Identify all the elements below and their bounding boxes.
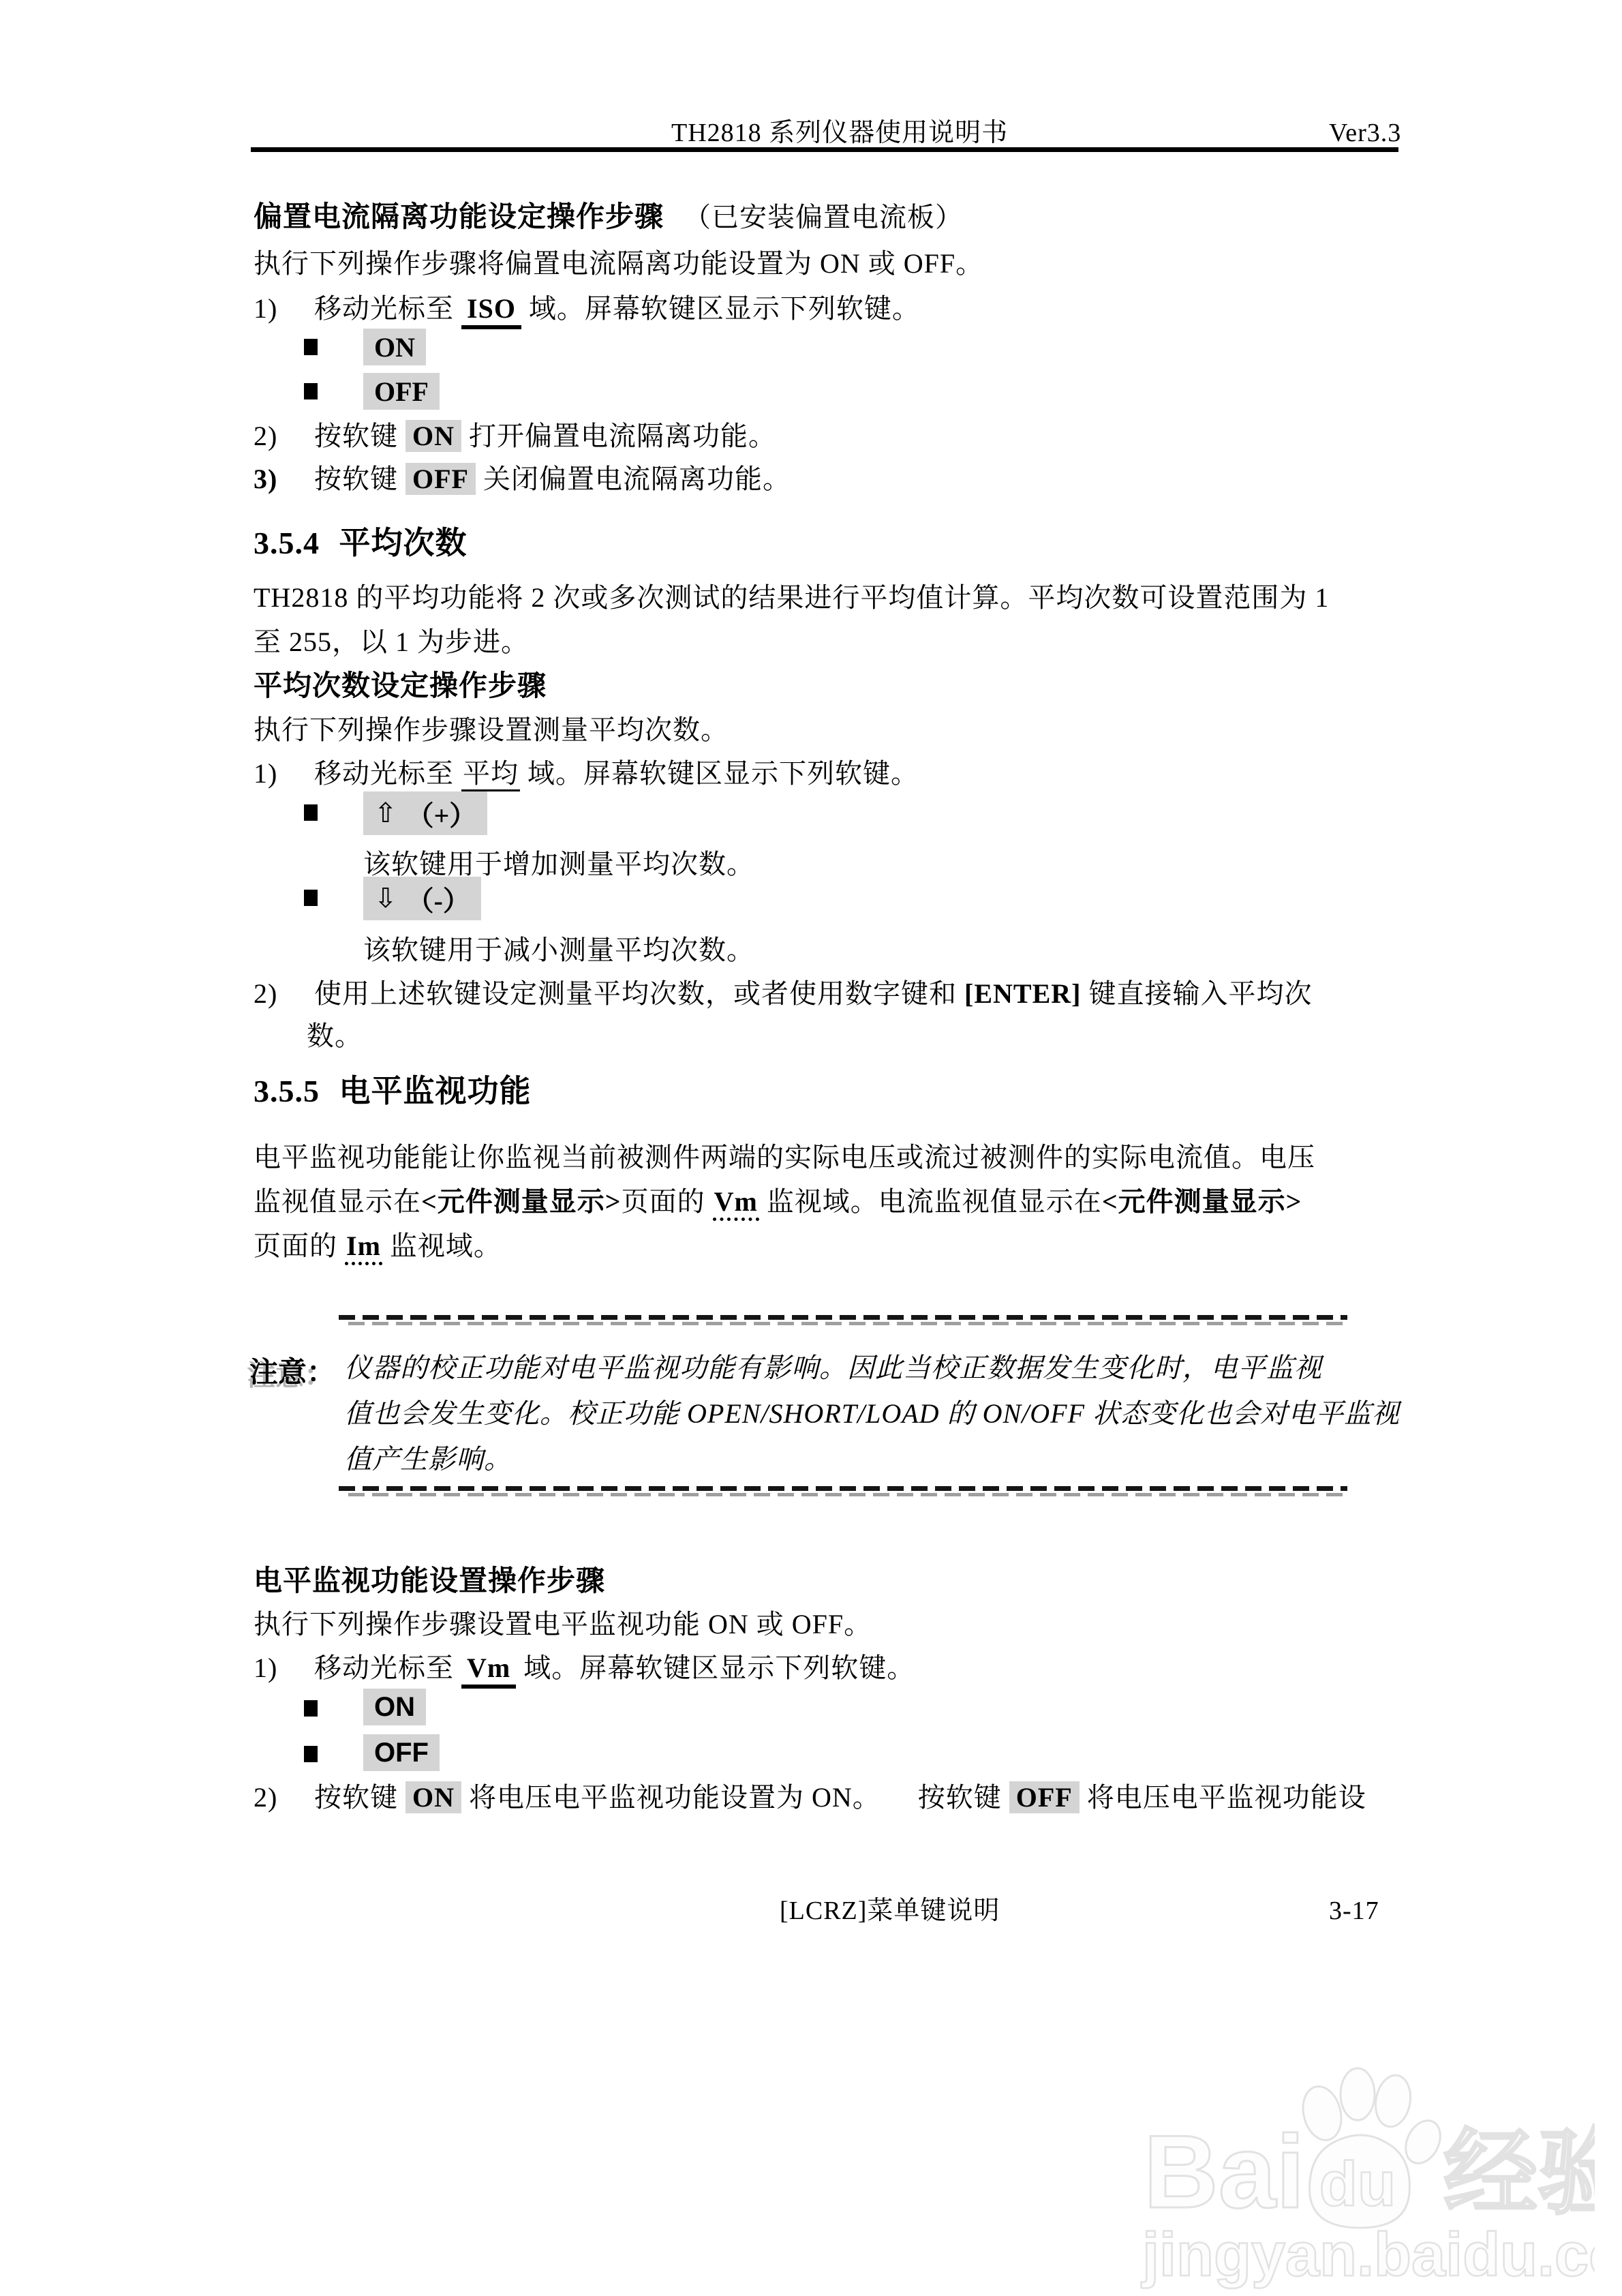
bias-step2: 2) 按软键 ON 打开偏置电流隔离功能。 [254,419,776,453]
step-text: 使用上述软键设定测量平均次数，或者使用数字键和 [314,978,957,1009]
header-rule [251,147,1398,152]
step-number: 1) [254,757,307,791]
average-field-label: 平均 [461,758,520,791]
level-intro: 执行下列操作步骤设置电平监视功能 ON 或 OFF。 [254,1607,872,1642]
avg-step1: 1) 移动光标至 平均 域。屏幕软键区显示下列软键。 [254,757,919,791]
level-step2: 2) 按软键 ON 将电压电平监视功能设置为 ON。 按软键 OFF 将电压电平… [254,1781,1366,1815]
bias-step1: 1) 移动光标至 ISO 域。屏幕软键区显示下列软键。 [254,292,920,326]
step-number: 3) [254,462,307,496]
softkey-decrease-label: （-） [407,879,470,918]
avg-paragraph-line1: TH2818 的平均功能将 2 次或多次测试的结果进行平均值计算。平均次数可设置… [254,581,1329,615]
up-arrow-icon: ⇧ [374,798,397,829]
softkey-off-inline: OFF [1009,1781,1080,1813]
avg-paragraph-line2: 至 255，以 1 为步进。 [254,625,529,659]
section-name: 平均次数 [339,526,468,560]
bullet-square-icon [304,804,318,821]
softkey-on-inline: ON [405,1781,461,1813]
softkey-on: ON [363,329,426,365]
avg-subheading: 平均次数设定操作步骤 [254,669,547,705]
footer-page-number: 3-17 [1329,1895,1379,1928]
bias-heading-text: 偏置电流隔离功能设定操作步骤 [254,202,664,233]
baidu-jingyan-watermark: Bai du 经验 jingyan.baidu.com [1118,2066,1595,2296]
step-text: 打开偏置电流隔离功能。 [469,421,776,451]
note-label: 注意： [249,1350,335,1391]
page-header-version: Ver3.3 [1329,117,1401,150]
step-text: 移动光标至 [314,293,461,324]
baidu-paw-icon: du [1298,2068,1447,2228]
bias-heading: 偏置电流隔离功能设定操作步骤 （已安装偏置电流板） [254,200,963,236]
bullet-square-icon [304,1700,318,1717]
watermark-jingyan-text: 经验 [1443,2121,1595,2226]
softkey-off: OFF [363,373,440,410]
note-divider-bottom [339,1486,1347,1497]
avg-step2: 2) 使用上述软键设定测量平均次数，或者使用数字键和 [ENTER] 键直接输入… [254,977,1312,1011]
step-number: 1) [254,292,307,326]
bias-intro: 执行下列操作步骤将偏置电流隔离功能设置为 ON 或 OFF。 [254,247,983,281]
softkey-off-inline: OFF [405,463,476,495]
down-arrow-icon: ⇩ [374,883,397,914]
enter-key-label: [ENTER] [964,978,1081,1009]
step-number: 2) [254,1781,307,1815]
section-name: 电平监视功能 [339,1074,532,1108]
softkey-decrease: ⇩ （-） [363,877,481,920]
watermark-bai-text: Bai [1144,2114,1305,2230]
watermark-url-text: jingyan.baidu.com [1141,2221,1595,2289]
page-name-ref: <元件测量显示> [1102,1186,1302,1217]
level-step1: 1) 移动光标至 Vm 域。屏幕软键区显示下列软键。 [254,1651,915,1685]
section-354-title: 3.5.4 平均次数 [254,524,468,563]
avg-intro: 执行下列操作步骤设置测量平均次数。 [254,713,729,747]
step-number: 2) [254,977,307,1011]
step-text: 域。屏幕软键区显示下列软键。 [529,293,920,324]
bullet-square-icon [304,383,318,399]
footer-chapter: [LCRZ]菜单键说明 [780,1895,1000,1928]
bullet-square-icon [304,339,318,355]
vm-field-ref: Vm [713,1186,759,1221]
softkey-on-inline: ON [405,420,461,452]
note-line1: 仪器的校正功能对电平监视功能有影响。因此当校正数据发生变化时，电平监视 [344,1351,1322,1385]
manual-page: TH2818 系列仪器使用说明书 Ver3.3 偏置电流隔离功能设定操作步骤 （… [0,0,1622,2296]
softkey-on: ON [363,1689,426,1725]
level-paragraph-line3: 页面的 Im 监视域。 [254,1229,502,1263]
step-text: 域。屏幕软键区显示下列软键。 [523,1652,915,1683]
avg-step2-cont: 数。 [307,1019,363,1053]
bias-heading-note: （已安装偏置电流板） [684,202,963,232]
level-paragraph-line2: 监视值显示在<元件测量显示>页面的 Vm 监视域。电流监视值显示在<元件测量显示… [254,1185,1302,1219]
step-number: 1) [254,1651,307,1685]
step-text: 域。屏幕软键区显示下列软键。 [527,758,919,789]
bias-step3: 3) 按软键 OFF 关闭偏置电流隔离功能。 [254,462,791,496]
note-divider-top [339,1315,1347,1326]
level-subheading: 电平监视功能设置操作步骤 [254,1564,605,1600]
step-number: 2) [254,419,307,453]
im-field-ref: Im [345,1230,382,1265]
step-text: 将电压电平监视功能设置为 ON。 [469,1782,881,1813]
vm-field-label: Vm [461,1652,516,1689]
watermark-graphic: Bai du 经验 jingyan.baidu.com [1118,2066,1595,2296]
section-number: 3.5.5 [254,1074,320,1108]
step-text: 键直接输入平均次 [1088,978,1312,1009]
level-paragraph-line1: 电平监视功能能让你监视当前被测件两端的实际电压或流过被测件的实际电流值。电压 [254,1141,1315,1175]
bullet-square-icon [304,1746,318,1762]
step-text: 按软键 [314,421,405,451]
step-text: 按软键 [314,464,405,494]
section-number: 3.5.4 [254,526,320,560]
svg-text:du: du [1319,2149,1396,2219]
bullet-square-icon [304,890,318,906]
softkey-increase-label: （+） [407,794,477,833]
page-name-ref: <元件测量显示> [421,1186,622,1217]
step-text: 移动光标至 [314,758,454,789]
softkey-increase: ⇧ （+） [363,791,487,835]
step-text: 移动光标至 [314,1652,461,1683]
note-line3: 值产生影响。 [344,1442,512,1477]
step-text: 按软键 [918,1782,1009,1813]
iso-field-label: ISO [461,293,521,329]
section-355-title: 3.5.5 电平监视功能 [254,1072,532,1111]
softkey-off: OFF [363,1734,440,1771]
step-text: 按软键 [314,1782,405,1813]
softkey-decrease-desc: 该软键用于减小测量平均次数。 [363,933,754,967]
step-text: 关闭偏置电流隔离功能。 [483,464,791,494]
note-line2: 值也会发生变化。校正功能 OPEN/SHORT/LOAD 的 ON/OFF 状态… [344,1397,1400,1431]
step-text: 将电压电平监视功能设 [1087,1782,1366,1813]
page-header-title: TH2818 系列仪器使用说明书 [671,117,1008,150]
